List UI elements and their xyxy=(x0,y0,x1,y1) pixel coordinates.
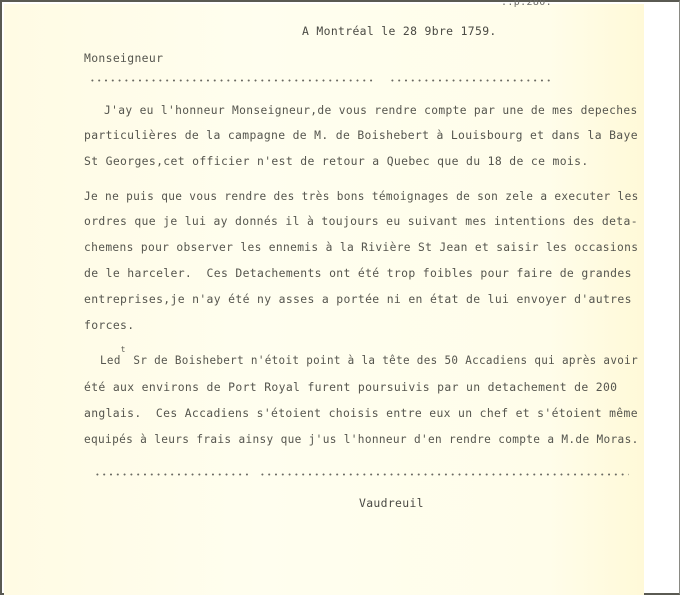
letter-page: ..p.280. A Montréal le 28 9bre 1759. Mon… xyxy=(4,4,644,595)
body-line-lead: Led xyxy=(100,353,121,367)
signature: Vaudreuil xyxy=(359,498,424,509)
body-line: ordres que je lui ay donnés il à toujour… xyxy=(84,216,638,227)
body-line: Je ne puis que vous rendre des très bons… xyxy=(84,191,639,202)
dotted-separator-bottom xyxy=(94,473,252,476)
body-line: particulières de la campagne de M. de Bo… xyxy=(84,130,638,141)
body-line-rest: Sr de Boishebert n'étoit point à la tête… xyxy=(126,353,638,367)
body-line: été aux environs de Port Royal furent po… xyxy=(84,382,617,393)
salutation: Monseigneur xyxy=(84,53,163,64)
page-reference: ..p.280. xyxy=(501,0,552,8)
body-line: entreprises,je n'ay été ny asses a porté… xyxy=(84,294,632,305)
body-line: J'ay eu l'honneur Monseigneur,de vous re… xyxy=(104,105,638,116)
superscript-t: t xyxy=(121,346,126,354)
dateline: A Montréal le 28 9bre 1759. xyxy=(302,26,497,37)
body-line: equipés à leurs frais ainsy que j'us l'h… xyxy=(84,434,639,445)
dotted-separator-top-right xyxy=(389,79,553,82)
body-line: anglais. Ces Accadiens s'étoient choisis… xyxy=(84,408,638,419)
dotted-separator-bottom-right xyxy=(259,473,629,476)
body-line: Ledt Sr de Boishebert n'étoit point à la… xyxy=(100,355,638,366)
dotted-separator-top xyxy=(89,79,373,82)
body-line: forces. xyxy=(84,320,134,331)
body-line: de le harceler. Ces Detachements ont été… xyxy=(84,268,632,279)
body-line: St Georges,cet officier n'est de retour … xyxy=(84,156,589,167)
body-line: chemens pour observer les ennemis à la R… xyxy=(84,242,638,253)
scan-frame: ..p.280. A Montréal le 28 9bre 1759. Mon… xyxy=(0,0,680,595)
